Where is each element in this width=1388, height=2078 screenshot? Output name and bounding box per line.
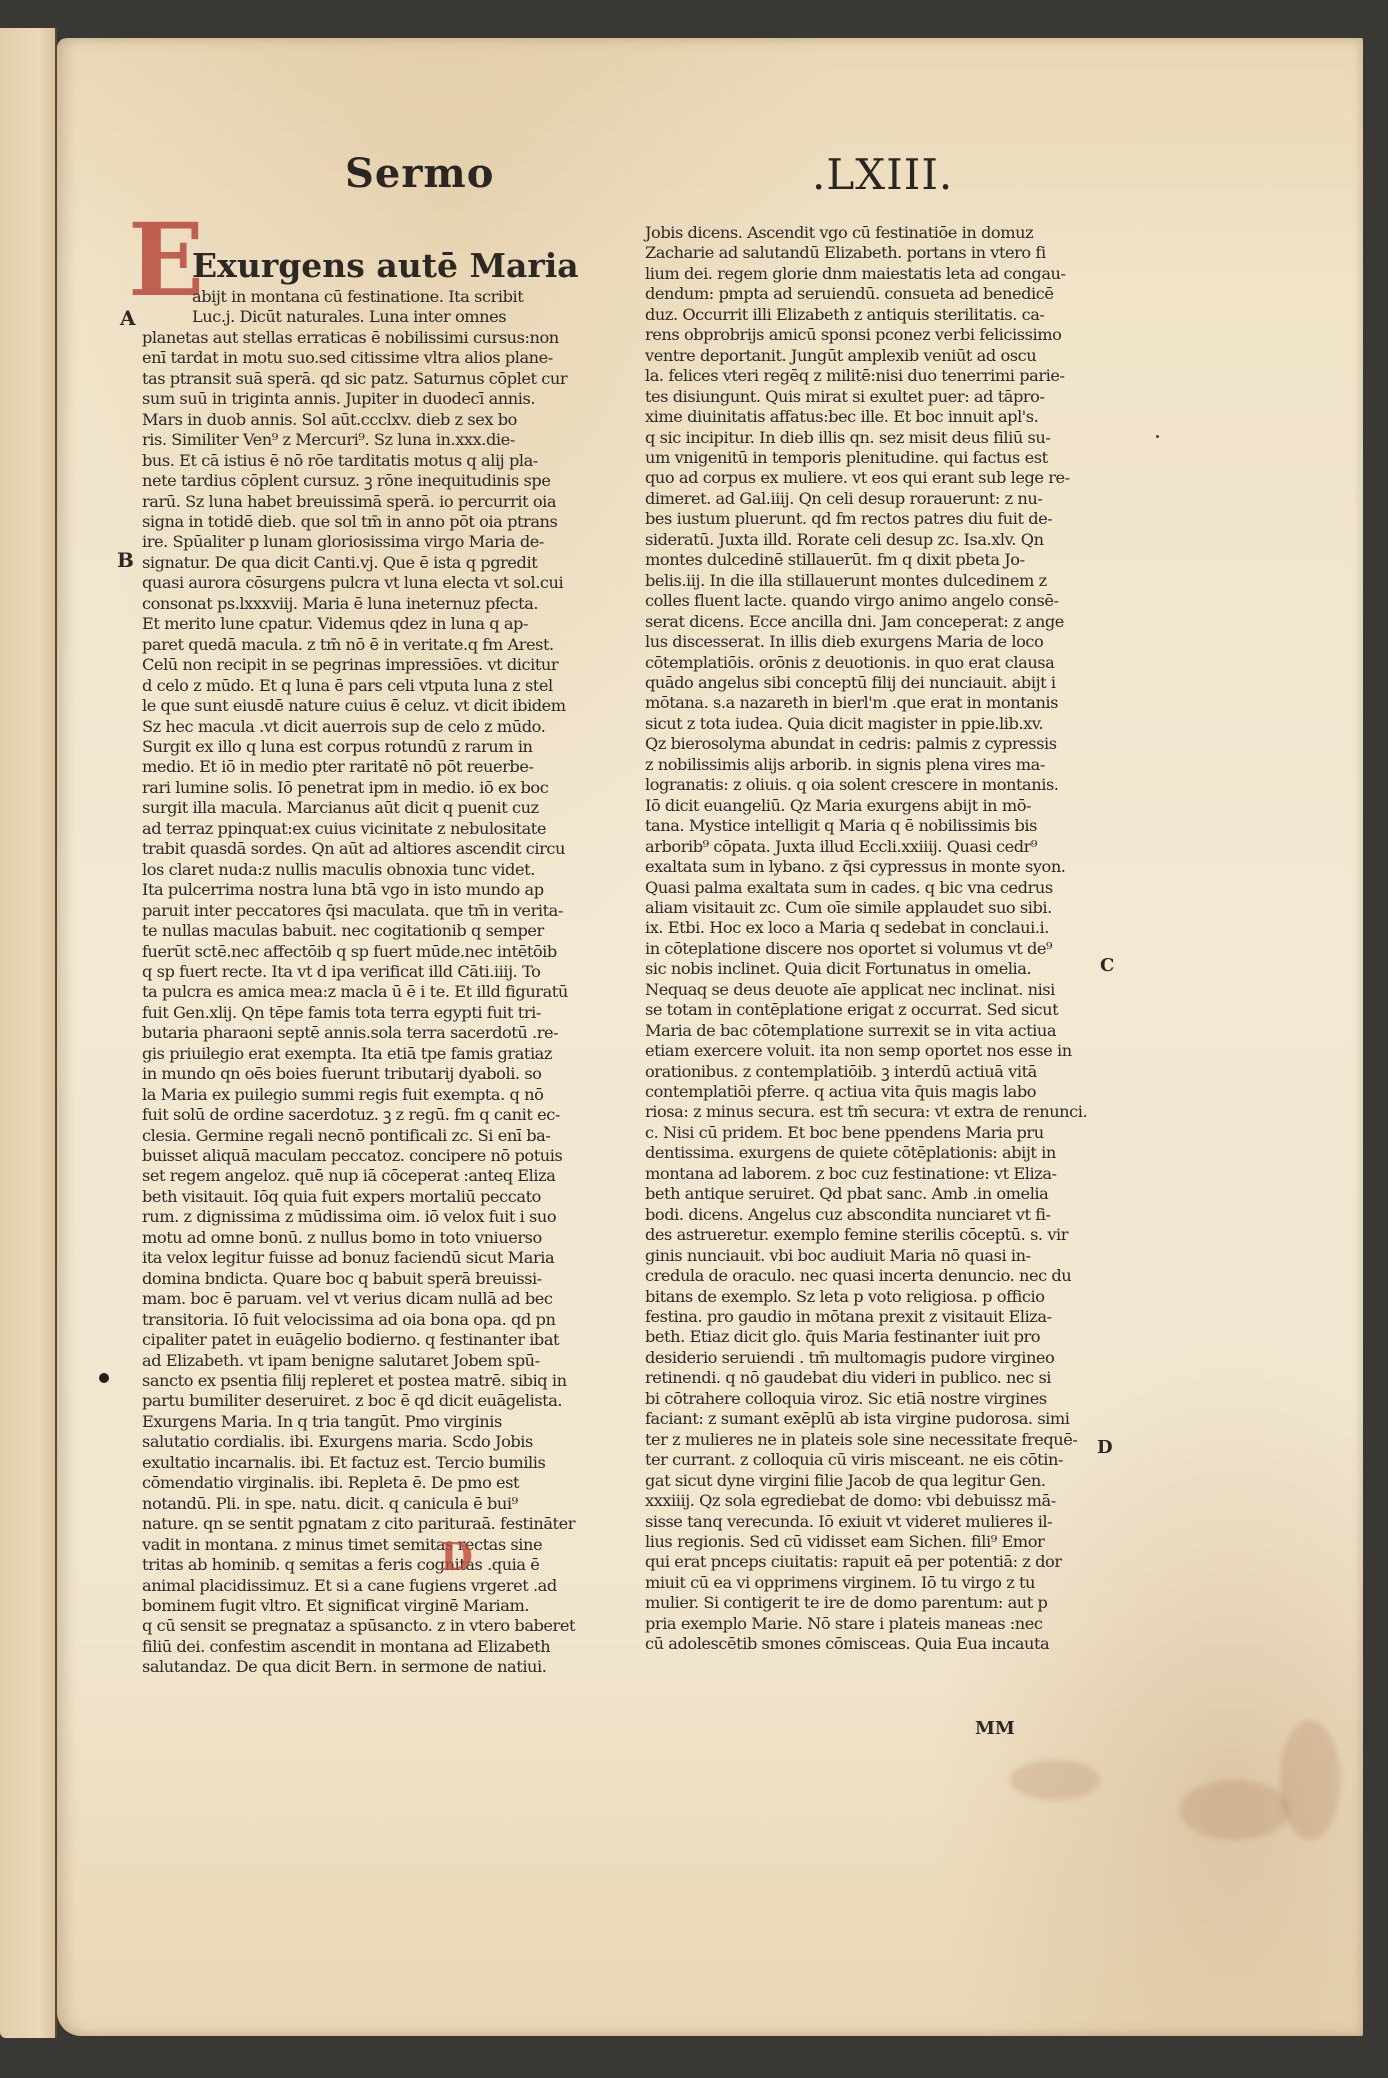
text-line: sisse tanq verecunda. Iō exiuit vt vider…	[645, 1512, 1095, 1532]
text-line: des astrueretur. exemplo femine sterilis…	[645, 1225, 1095, 1245]
text-line: ventre deportanit. Jungūt amplexib veniū…	[645, 346, 1095, 366]
incipit: Exurgens autē Maria	[192, 245, 642, 287]
text-line: la. felices vteri regēq z militē:nisi du…	[645, 366, 1095, 386]
text-line: Et merito lune cpatur. Videmus qdez in l…	[142, 614, 642, 634]
text-line: bes iustum pluerunt. qd fm rectos patres…	[645, 509, 1095, 529]
text-line: mōtana. s.a nazareth in bierl'm .que era…	[645, 693, 1095, 713]
text-line: gat sicut dyne virgini filie Jacob de qu…	[645, 1471, 1095, 1491]
text-line: exaltata sum in lybano. z q̄si cypressus…	[645, 857, 1095, 877]
text-line: ad Elizabeth. vt ipam benigne salutaret …	[142, 1351, 642, 1371]
text-line: gis priuilegio erat exempta. Ita etiā tp…	[142, 1044, 642, 1064]
text-line: tana. Mystice intelligit q Maria q ē nob…	[645, 816, 1095, 836]
text-line: quādo angelus sibi conceptū filij dei nu…	[645, 673, 1095, 693]
text-line: bus. Et cā istius ē nō rōe tarditatis mo…	[142, 451, 642, 471]
text-line: nete tardius cōplent cursuz. ꝫ rōne ineq…	[142, 471, 642, 491]
text-line: bitans de exemplo. Sz leta p voto religi…	[645, 1287, 1095, 1307]
text-line: in cōteplatione discere nos oportet si v…	[645, 939, 1095, 959]
text-line: serat dicens. Ecce ancilla dni. Jam conc…	[645, 612, 1095, 632]
water-stain	[1280, 1720, 1340, 1840]
text-line: sancto ex psentia filij repleret et post…	[142, 1371, 642, 1391]
text-line: Celū non recipit in se pegrinas impressi…	[142, 655, 642, 675]
text-line: d celo z mūdo. Et q luna ē pars celi vtp…	[142, 676, 642, 696]
text-line: paruit inter peccatores q̄si maculata. q…	[142, 901, 642, 921]
red-initial-d: D	[440, 1538, 473, 1576]
text-line: set regem angeloz. quē nup iā cōceperat …	[142, 1166, 642, 1186]
text-line: Sz hec macula .vt dicit auerrois sup de …	[142, 717, 642, 737]
text-line: animal placidissimuz. Et si a cane fugie…	[142, 1576, 642, 1596]
ink-dot	[99, 1373, 109, 1383]
text-line: transitoria. Iō fuit velocissima ad oia …	[142, 1310, 642, 1330]
text-line: rari lumine solis. Iō penetrat ipm in me…	[142, 778, 642, 798]
text-line: faciant: z sumant exēplū ab ista virgine…	[645, 1409, 1095, 1429]
text-line: montes dulcedinē stillauerūt. fm q dixit…	[645, 550, 1095, 570]
text-line: cōtemplatiōis. orōnis z deuotionis. in q…	[645, 653, 1095, 673]
text-line: Qz bierosolyma abundat in cedris: palmis…	[645, 734, 1095, 754]
text-line: abijt in montana cū festinatione. Ita sc…	[192, 287, 642, 307]
text-line: cū adolescētib smones cōmisceas. Quia Eu…	[645, 1634, 1095, 1654]
text-line: contemplatiōi pferre. q actiua vita q̄ui…	[645, 1082, 1095, 1102]
text-line: quo ad corpus ex muliere. vt eos qui era…	[645, 468, 1095, 488]
text-line: ter z mulieres ne in plateis sole sine n…	[645, 1430, 1095, 1450]
water-stain	[1010, 1760, 1100, 1800]
text-line: riosa: z minus secura. est tm̄ secura: v…	[645, 1102, 1095, 1122]
text-line: lium dei. regem glorie dnm maiestatis le…	[645, 264, 1095, 284]
text-line: sum suū in triginta annis. Jupiter in du…	[142, 389, 642, 409]
text-line: consonat ps.lxxxviij. Maria ē luna inete…	[142, 594, 642, 614]
text-line: um vnigenitū in temporis plenitudine. qu…	[645, 448, 1095, 468]
text-line: Ita pulcerrima nostra luna btā vgo in is…	[142, 880, 642, 900]
margin-letter-b: B	[117, 548, 134, 572]
text-line: ix. Etbi. Hoc ex loco a Maria q sedebat …	[645, 918, 1095, 938]
text-line: xxxiiij. Qz sola egrediebat de domo: vbi…	[645, 1491, 1095, 1511]
text-line: trabit quasdā sordes. Qn aūt ad altiores…	[142, 839, 642, 859]
text-line: planetas aut stellas erraticas ē nobilis…	[142, 328, 642, 348]
text-line: xime diuinitatis affatus:bec ille. Et bo…	[645, 407, 1095, 427]
text-line: Zacharie ad salutandū Elizabeth. portans…	[645, 243, 1095, 263]
text-line: Quasi palma exaltata sum in cades. q bic…	[645, 878, 1095, 898]
text-line: ita velox legitur fuisse ad bonuz facien…	[142, 1248, 642, 1268]
catchword: MM	[975, 1718, 1015, 1739]
text-line: beth antique seruiret. Qd pbat sanc. Amb…	[645, 1184, 1095, 1204]
text-line: Jobis dicens. Ascendit vgo cū festinatiō…	[645, 223, 1095, 243]
text-line: Luc.j. Dicūt naturales. Luna inter omnes	[192, 307, 642, 327]
text-line: rum. z dignissima z mūdissima oim. iō ve…	[142, 1207, 642, 1227]
text-line: montana ad laborem. z boc cuz festinatio…	[645, 1164, 1095, 1184]
text-line: mulier. Si contigerit te ire de domo par…	[645, 1593, 1095, 1613]
text-line: paret quedā macula. z tm̄ nō ē in verita…	[142, 635, 642, 655]
text-line: orationibus. z contemplatiōib. ꝫ interdū…	[645, 1062, 1095, 1082]
text-line: butaria pharaoni septē annis.sola terra …	[142, 1023, 642, 1043]
text-line: rarū. Sz luna habet breuissimā sperā. io…	[142, 492, 642, 512]
text-line: duz. Occurrit illi Elizabeth z antiquis …	[645, 305, 1095, 325]
text-line: ire. Spūaliter p lunam gloriosissima vir…	[142, 532, 642, 552]
margin-letter-c: C	[1100, 955, 1114, 976]
margin-letter-a: A	[120, 306, 136, 330]
text-line: q sp fuert recte. Ita vt d ipa verificat…	[142, 962, 642, 982]
text-line: exultatio incarnalis. ibi. Et factuz est…	[142, 1453, 642, 1473]
text-line: fuerūt sctē.nec affectōib q sp fuert mūd…	[142, 942, 642, 962]
text-line: etiam exercere voluit. ita non semp opor…	[645, 1041, 1095, 1061]
text-line: filiū dei. confestim ascendit in montana…	[142, 1637, 642, 1657]
text-line: q sic incipitur. In dieb illis qn. sez m…	[645, 428, 1095, 448]
text-line: lus discesserat. In illis dieb exurgens …	[645, 632, 1095, 652]
text-line: ter currant. z colloquia cū viris miscea…	[645, 1450, 1095, 1470]
text-line: domina bndicta. Quare boc q babuit sperā…	[142, 1269, 642, 1289]
text-line: desiderio seruiendi . tm̄ multomagis pud…	[645, 1348, 1095, 1368]
text-line: z nobilissimis alijs arborib. in signis …	[645, 755, 1095, 775]
text-line: q cū sensit se pregnataz a spūsancto. z …	[142, 1616, 642, 1636]
text-line: retinendi. q nō gaudebat diu videri in p…	[645, 1368, 1095, 1388]
text-line: buisset aliquā maculam peccatoz. concipe…	[142, 1146, 642, 1166]
text-line: bodi. dicens. Angelus cuz abscondita nun…	[645, 1205, 1095, 1225]
text-line: los claret nuda:z nullis maculis obnoxia…	[142, 860, 642, 880]
text-line: lius regionis. Sed cū vidisset eam Siche…	[645, 1532, 1095, 1552]
text-line: qui erat pnceps ciuitatis: rapuit eā per…	[645, 1552, 1095, 1572]
text-line: enī tardat in motu suo.sed citissime vlt…	[142, 348, 642, 368]
text-line: la Maria ex puilegio summi regis fuit ex…	[142, 1085, 642, 1105]
water-stain	[1180, 1780, 1290, 1840]
text-line: quasi aurora cōsurgens pulcra vt luna el…	[142, 573, 642, 593]
text-line: Iō dicit euangeliū. Qz Maria exurgens ab…	[645, 796, 1095, 816]
text-line: aliam visitauit zc. Cum oīe simile appla…	[645, 898, 1095, 918]
text-line: beth visitauit. Iōq quia fuit expers mor…	[142, 1187, 642, 1207]
text-line: signa in totidē dieb. que sol tm̄ in ann…	[142, 512, 642, 532]
text-line: ad terraz ppinquat:ex cuius vicinitate z…	[142, 819, 642, 839]
text-line: tritas ab hominib. q semitas a feris cog…	[142, 1555, 642, 1575]
text-line: ginis nunciauit. vbi boc audiuit Maria n…	[645, 1246, 1095, 1266]
text-line: fuit solū de ordine sacerdotuz. ꝫ z regū…	[142, 1105, 642, 1125]
text-line: ris. Similiter Ven⁹ z Mercuri⁹. Sz luna …	[142, 430, 642, 450]
text-line: Maria de bac cōtemplatione surrexit se i…	[645, 1021, 1095, 1041]
text-line: bominem fugit vltro. Et significat virgi…	[142, 1596, 642, 1616]
text-line: festina. pro gaudio in mōtana prexit z v…	[645, 1307, 1095, 1327]
scan-background: Sermo .LXIII. E A B C D Exurgens autē Ma…	[0, 0, 1388, 2078]
text-line: medio. Et iō in medio pter raritatē nō p…	[142, 757, 642, 777]
text-line: se totam in contēplatione erigat z occur…	[645, 1000, 1095, 1020]
text-line: Exurgens Maria. In q tria tangūt. Pmo vi…	[142, 1412, 642, 1432]
text-line: miuit cū ea vi opprimens virginem. Iō tu…	[645, 1573, 1095, 1593]
text-line: colles fluent lacte. quando virgo animo …	[645, 591, 1095, 611]
text-line: partu bumiliter deseruiret. z boc ē qd d…	[142, 1391, 642, 1411]
ink-speck	[1156, 435, 1159, 438]
text-line: Mars in duob annis. Sol aūt.ccclxv. dieb…	[142, 410, 642, 430]
text-line: salutatio cordialis. ibi. Exurgens maria…	[142, 1432, 642, 1452]
text-line: bi cōtrahere colloquia viroz. Sic etiā n…	[645, 1389, 1095, 1409]
text-line: logranatis: z oliuis. q oia solent cresc…	[645, 775, 1095, 795]
facing-page-edge	[0, 28, 56, 2038]
text-line: dentissima. exurgens de quiete cōtēplati…	[645, 1143, 1095, 1163]
text-line: sideratū. Juxta illd. Rorate celi desup …	[645, 530, 1095, 550]
text-line: tas ptransit suā sperā. qd sic patz. Sat…	[142, 369, 642, 389]
text-line: salutandaz. De qua dicit Bern. in sermon…	[142, 1657, 642, 1677]
text-line: mam. boc ē paruam. vel vt verius dicam n…	[142, 1289, 642, 1309]
text-line: Surgit ex illo q luna est corpus rotundū…	[142, 737, 642, 757]
text-line: ta pulcra es amica mea:z macla ū ē i te.…	[142, 982, 642, 1002]
text-line: fuit Gen.xlij. Qn tēpe famis tota terra …	[142, 1003, 642, 1023]
margin-letter-d: D	[1097, 1437, 1113, 1458]
text-line: te nullas maculas babuit. nec cogitation…	[142, 921, 642, 941]
text-line: c. Nisi cū pridem. Et boc bene ppendens …	[645, 1123, 1095, 1143]
text-line: beth. Etiaz dicit glo. q̄uis Maria festi…	[645, 1327, 1095, 1347]
text-line: cōmendatio virginalis. ibi. Repleta ē. D…	[142, 1473, 642, 1493]
text-line: pria exemplo Marie. Nō stare i plateis m…	[645, 1614, 1095, 1634]
text-line: cipaliter patet in euāgelio bodierno. q …	[142, 1330, 642, 1350]
text-line: sicut z tota iudea. Quia dicit magister …	[645, 714, 1095, 734]
text-line: belis.iij. In die illa stillauerunt mont…	[645, 571, 1095, 591]
running-head-folio: .LXIII.	[812, 150, 953, 199]
text-line: dimeret. ad Gal.iiij. Qn celi desup rora…	[645, 489, 1095, 509]
text-line: notandū. Pli. in spe. natu. dicit. q can…	[142, 1494, 642, 1514]
text-line: arborib⁹ cōpata. Juxta illud Eccli.xxiii…	[645, 837, 1095, 857]
text-column-left: Exurgens autē Maria abijt in montana cū …	[142, 245, 642, 1678]
text-line: le que sunt eiusdē nature cuius ē celuz.…	[142, 696, 642, 716]
text-line: clesia. Germine regali necnō pontificali…	[142, 1126, 642, 1146]
text-line: surgit illa macula. Marcianus aūt dicit …	[142, 798, 642, 818]
text-line: signatur. De qua dicit Canti.vj. Que ē i…	[142, 553, 642, 573]
text-line: sic nobis inclinet. Quia dicit Fortunatu…	[645, 959, 1095, 979]
text-line: Nequaq se deus deuote aīe applicat nec i…	[645, 980, 1095, 1000]
text-line: credula de oraculo. nec quasi incerta de…	[645, 1266, 1095, 1286]
text-line: vadit in montana. z minus timet semitas …	[142, 1535, 642, 1555]
text-line: nature. qn se sentit pgnatam z cito pari…	[142, 1514, 642, 1534]
running-head-left: Sermo	[345, 150, 494, 197]
text-column-right: Jobis dicens. Ascendit vgo cū festinatiō…	[645, 223, 1095, 1655]
text-line: tes disiungunt. Quis mirat si exultet pu…	[645, 387, 1095, 407]
text-line: in mundo qn oēs boies fuerunt tributarij…	[142, 1064, 642, 1084]
text-line: dendum: pmpta ad seruiendū. consueta ad …	[645, 284, 1095, 304]
text-line: rens obprobrijs amicū sponsi pconez verb…	[645, 325, 1095, 345]
text-line: motu ad omne bonū. z nullus bomo in toto…	[142, 1228, 642, 1248]
